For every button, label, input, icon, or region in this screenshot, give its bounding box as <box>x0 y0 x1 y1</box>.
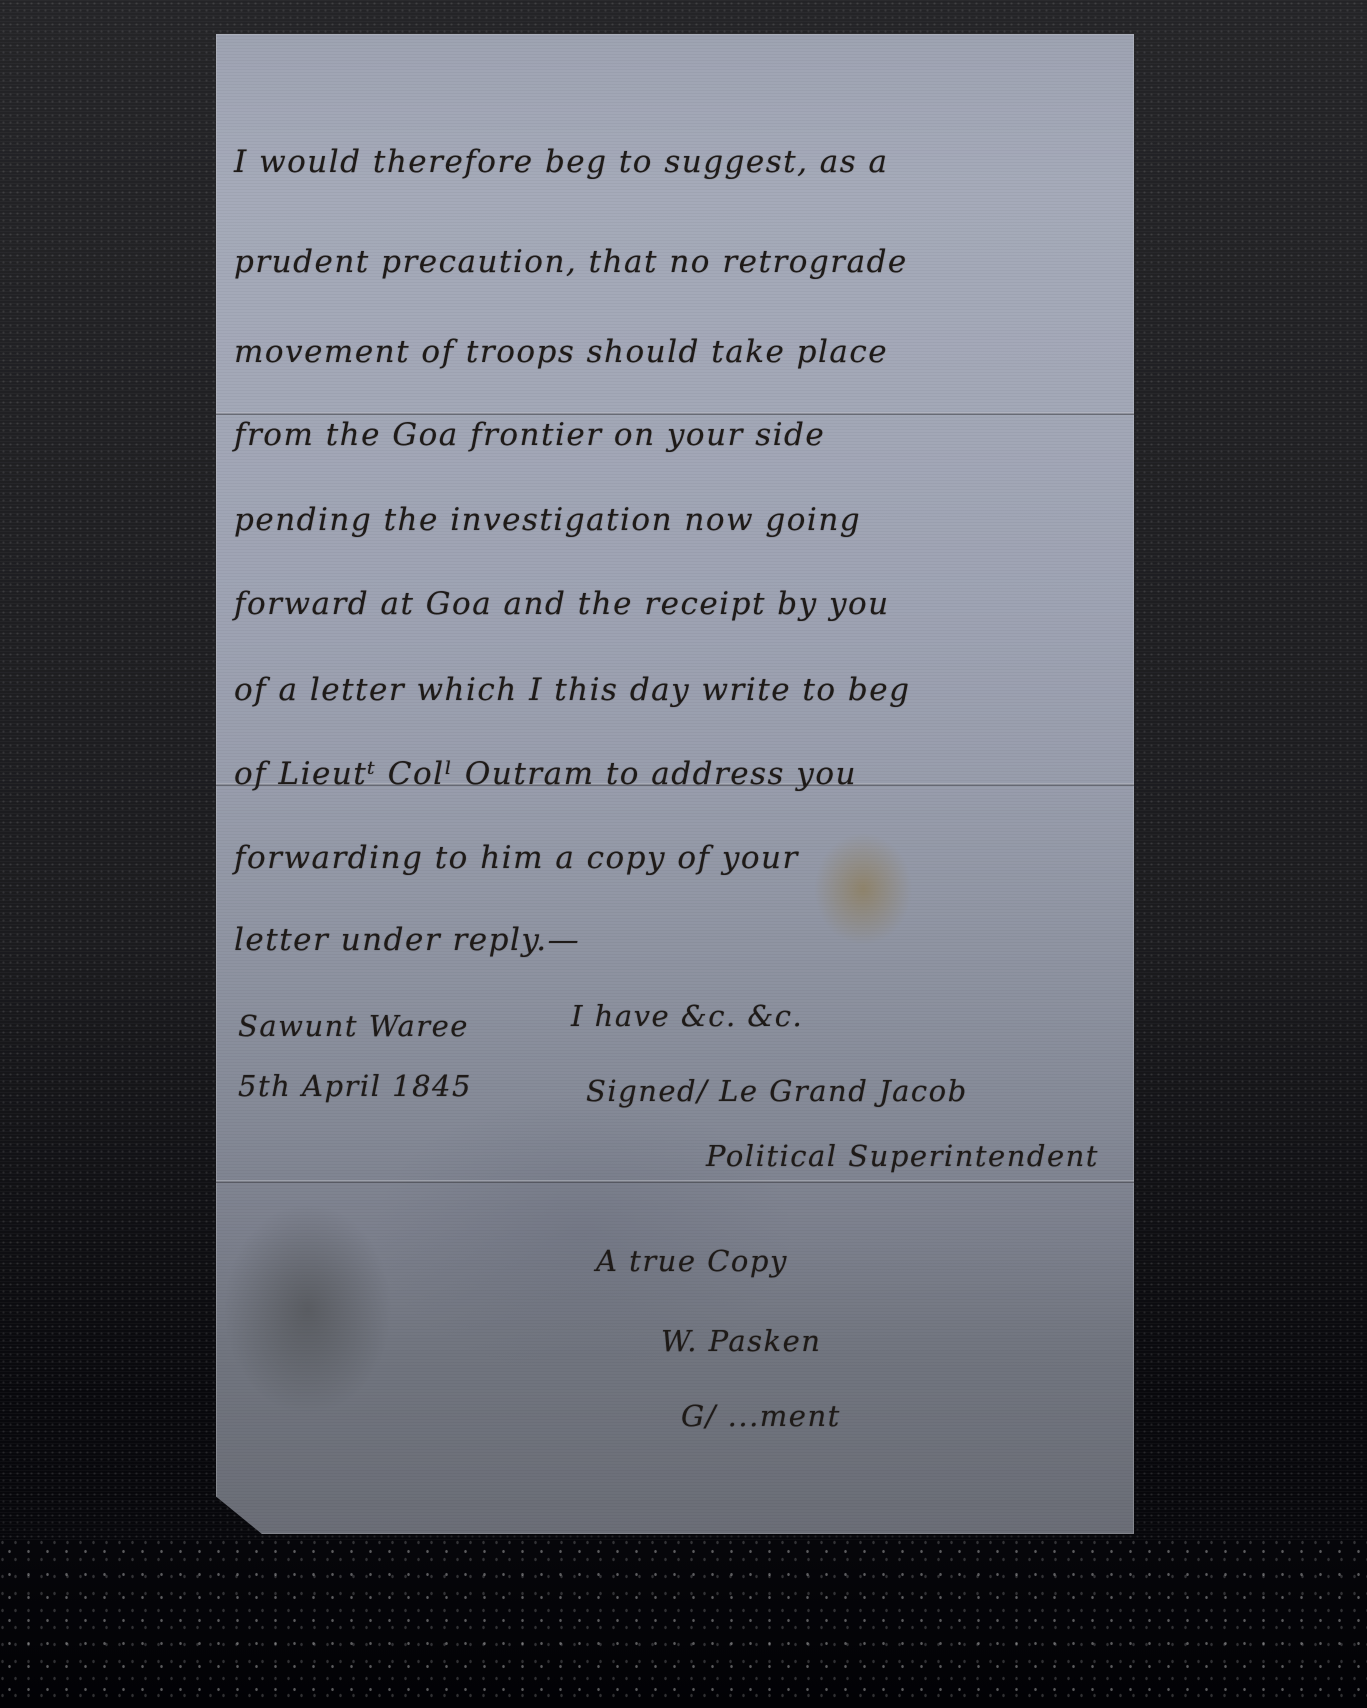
background-cloth <box>0 1540 1367 1708</box>
attest-signature: W. Pasken <box>661 1324 821 1358</box>
body-line: from the Goa frontier on your side <box>234 417 825 453</box>
place-line: Sawunt Waree <box>238 1009 469 1043</box>
body-line: movement of troops should take place <box>234 334 888 370</box>
body-line: forward at Goa and the receipt by you <box>234 586 890 622</box>
fold-crease <box>216 412 1134 415</box>
signature-line: Signed/ Le Grand Jacob <box>586 1074 968 1108</box>
fold-crease <box>216 1180 1134 1183</box>
attest-subscript: G/ ...ment <box>681 1399 841 1433</box>
body-line: I would therefore beg to suggest, as a <box>234 144 889 180</box>
signatory-title: Political Superintendent <box>706 1139 1099 1173</box>
date-line: 5th April 1845 <box>238 1069 472 1103</box>
closing-line: I have &c. &c. <box>571 999 803 1033</box>
attestation-line: A true Copy <box>596 1244 788 1278</box>
body-line: of Lieutᵗ Colˡ Outram to address you <box>234 756 857 792</box>
body-line: letter under reply.— <box>234 922 580 958</box>
letter-sheet: I would therefore beg to suggest, as a p… <box>216 34 1134 1534</box>
body-line: forwarding to him a copy of your <box>234 840 799 876</box>
body-line: of a letter which I this day write to be… <box>234 672 910 708</box>
body-line: pending the investigation now going <box>234 502 861 538</box>
body-line: prudent precaution, that no retrograde <box>234 244 908 280</box>
